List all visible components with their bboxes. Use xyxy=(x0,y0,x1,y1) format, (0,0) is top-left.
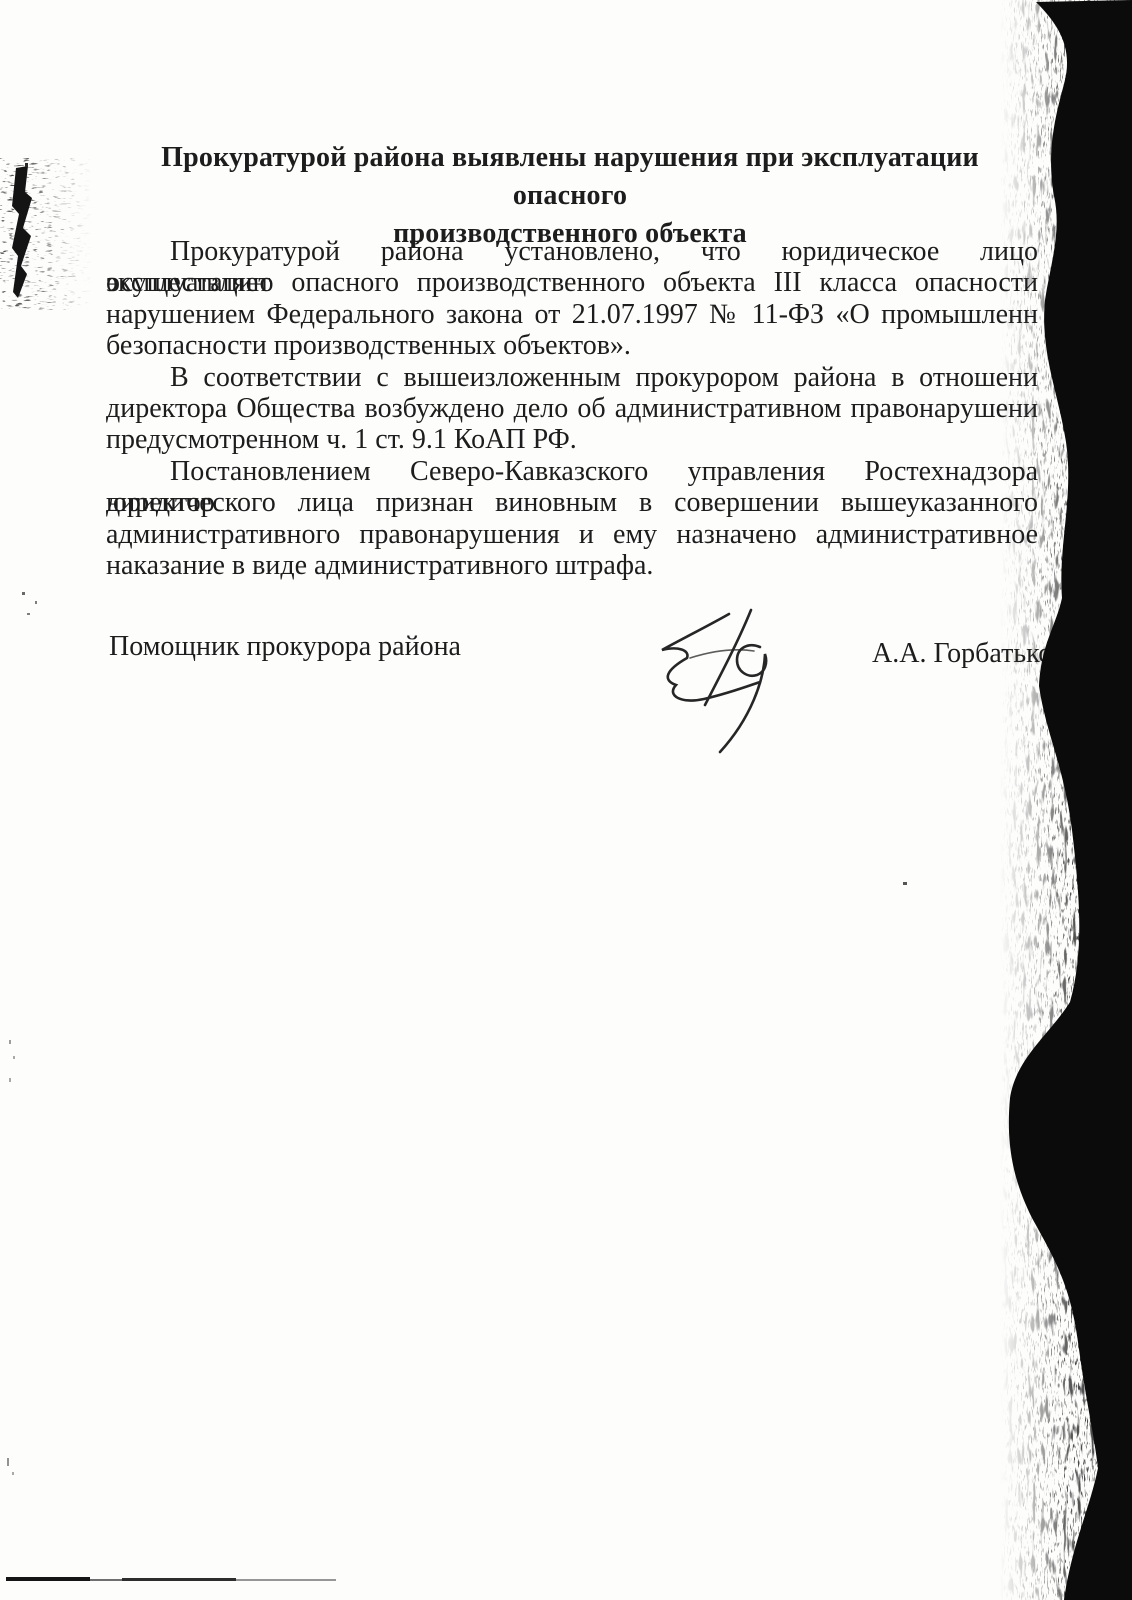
paragraph-line: Постановлением Северо-Кавказского управл… xyxy=(106,456,1038,487)
paragraph-line: предусмотренном ч. 1 ст. 9.1 КоАП РФ. xyxy=(106,424,1038,455)
scan-artifact-bottom-line xyxy=(236,1579,336,1581)
paragraph-line: эксплуатацию опасного производственного … xyxy=(106,267,1038,298)
paragraph-line: безопасности производственных объектов». xyxy=(106,330,1038,361)
scan-artifact-speck xyxy=(12,1472,14,1475)
paragraph-line: директора Общества возбуждено дело об ад… xyxy=(106,393,1038,424)
scan-artifact-speck xyxy=(9,1040,11,1044)
scan-artifact-speck xyxy=(25,163,28,167)
scanned-document-page: Прокуратурой района выявлены нарушения п… xyxy=(0,0,1132,1600)
handwritten-signature-icon xyxy=(608,584,780,756)
scan-artifact-left-strip xyxy=(0,158,92,310)
scan-artifact-speck xyxy=(22,592,25,595)
paragraph-line: наказание в виде административного штраф… xyxy=(106,550,1038,581)
paragraph-line: нарушением Федерального закона от 21.07.… xyxy=(106,299,1038,330)
scan-artifact-speck xyxy=(9,1078,11,1082)
paragraph-line: Прокуратурой района установлено, что юри… xyxy=(106,236,1038,267)
document-body: Прокуратурой района установлено, что юри… xyxy=(106,236,1038,581)
scan-artifact-bottom-line xyxy=(122,1578,236,1581)
paragraph-line: юридического лица признан виновным в сов… xyxy=(106,487,1038,518)
scan-artifact-speck xyxy=(903,882,907,885)
scan-artifact-speck xyxy=(13,1056,15,1059)
scan-artifact-bottom-line xyxy=(90,1579,124,1581)
paragraph-line: В соответствии с вышеизложенным прокурор… xyxy=(106,362,1038,393)
scan-artifact-speck xyxy=(7,1458,9,1466)
signer-position-label: Помощник прокурора района xyxy=(109,631,461,663)
scan-artifact-bottom-line xyxy=(6,1577,90,1581)
title-line: Прокуратурой района выявлены нарушения п… xyxy=(106,139,1034,215)
paragraph-line: административного правонарушения и ему н… xyxy=(106,519,1038,550)
scan-artifact-speck xyxy=(27,613,30,615)
scan-artifact-right-band xyxy=(1000,0,1132,1600)
scan-artifact-speck xyxy=(35,601,37,604)
